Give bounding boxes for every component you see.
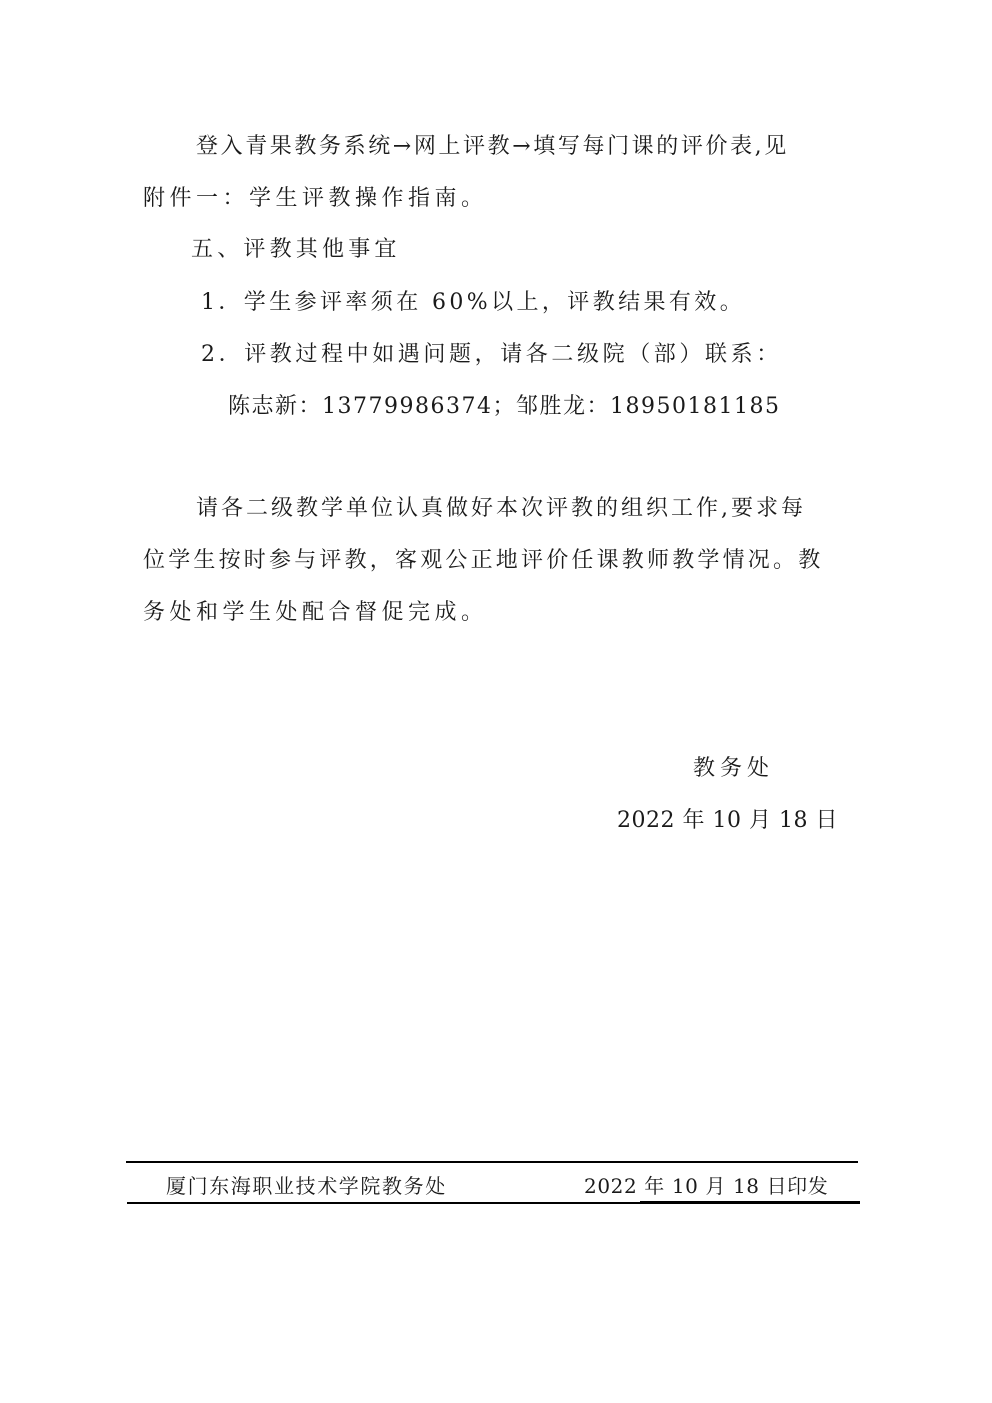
closing-paragraph-line-1: 请各二级教学单位认真做好本次评教的组织工作,要求每 xyxy=(196,494,806,524)
login-instruction-line-1: 登入青果教务系统→网上评教→填写每门课的评价表,见 xyxy=(196,132,789,162)
footer-top-rule xyxy=(126,1161,858,1163)
footer-organization: 厦门东海职业技术学院教务处 xyxy=(166,1172,447,1200)
closing-paragraph-line-2: 位学生按时参与评教，客观公正地评价任课教师教学情况。教 xyxy=(143,546,823,576)
signature-department: 教务处 xyxy=(693,754,774,784)
contact-info: 陈志新：13779986374；邹胜龙：18950181185 xyxy=(228,392,780,422)
section-five-item-1: 1．学生参评率须在 60%以上，评教结果有效。 xyxy=(201,288,745,318)
document-page: 登入青果教务系统→网上评教→填写每门课的评价表,见 附件一：学生评教操作指南。 … xyxy=(0,0,992,1403)
section-five-heading: 五、评教其他事宜 xyxy=(191,235,401,265)
login-instruction-line-2: 附件一：学生评教操作指南。 xyxy=(143,184,488,214)
signature-date: 2022 年 10 月 18 日 xyxy=(617,806,838,836)
closing-paragraph-line-3: 务处和学生处配合督促完成。 xyxy=(143,598,488,628)
footer-issue-date: 2022 年 10 月 18 日印发 xyxy=(584,1172,828,1200)
footer-bottom-rule-thick-segment xyxy=(640,1201,860,1204)
section-five-item-2: 2．评教过程中如遇问题，请各二级院（部）联系： xyxy=(201,340,782,370)
